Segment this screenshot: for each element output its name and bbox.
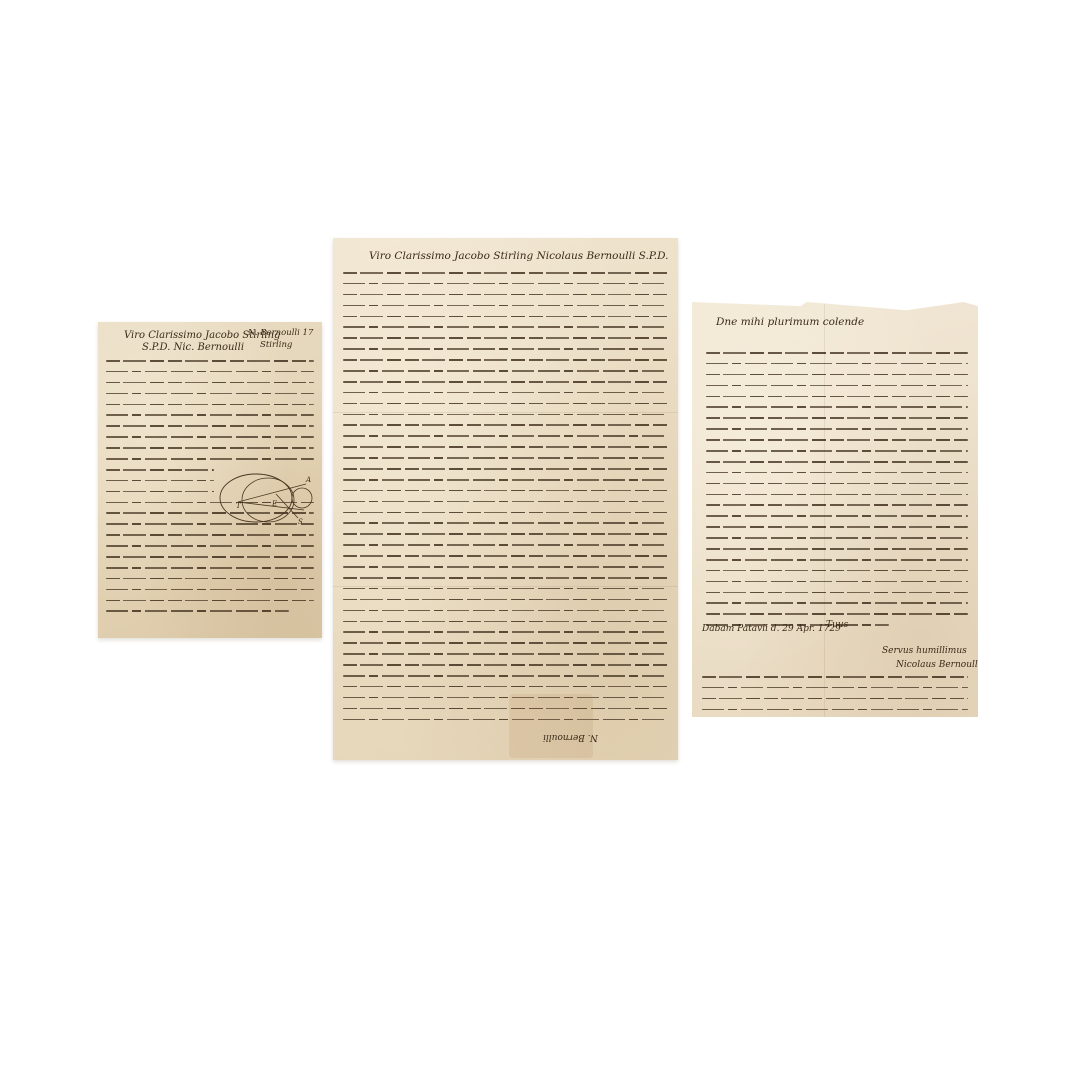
svg-text:A: A <box>305 476 311 484</box>
svg-text:E: E <box>271 500 277 508</box>
letter-right-postscript <box>692 676 978 717</box>
letter-left-docket: N. Bernoulli 17 <box>248 328 313 338</box>
letter-left-docket-line2: Stirling <box>260 340 292 350</box>
letter-center-body <box>333 272 678 729</box>
letter-right-signature-2: Nicolaus Bernoulli <box>896 660 978 670</box>
letter-right-closing: Tuus <box>826 620 848 630</box>
svg-text:S: S <box>298 518 303 526</box>
letter-left: Viro Clarissimo Jacobo Stirling S.P.D. N… <box>98 322 322 638</box>
paper-stain <box>509 694 593 758</box>
svg-text:T: T <box>236 502 242 510</box>
letter-center: Viro Clarissimo Jacobo Stirling Nicolaus… <box>333 238 678 760</box>
letter-right-signature-1: Servus humillimus <box>882 646 967 656</box>
letter-right-date: Dabam Patavii d. 29 Apr. 1729 <box>702 624 841 634</box>
letter-right: Dne mihi plurimum colende Dabam Patavii … <box>692 302 978 717</box>
letter-center-heading: Viro Clarissimo Jacobo Stirling Nicolaus… <box>369 250 668 262</box>
letter-left-heading-line2: S.P.D. Nic. Bernoulli <box>142 342 244 353</box>
letter-right-body <box>692 352 978 635</box>
orbit-diagram-icon: T E S A <box>216 462 316 532</box>
letter-center-docket: N. Bernoulli <box>543 732 598 742</box>
letter-right-heading: Dne mihi plurimum colende <box>716 316 864 328</box>
